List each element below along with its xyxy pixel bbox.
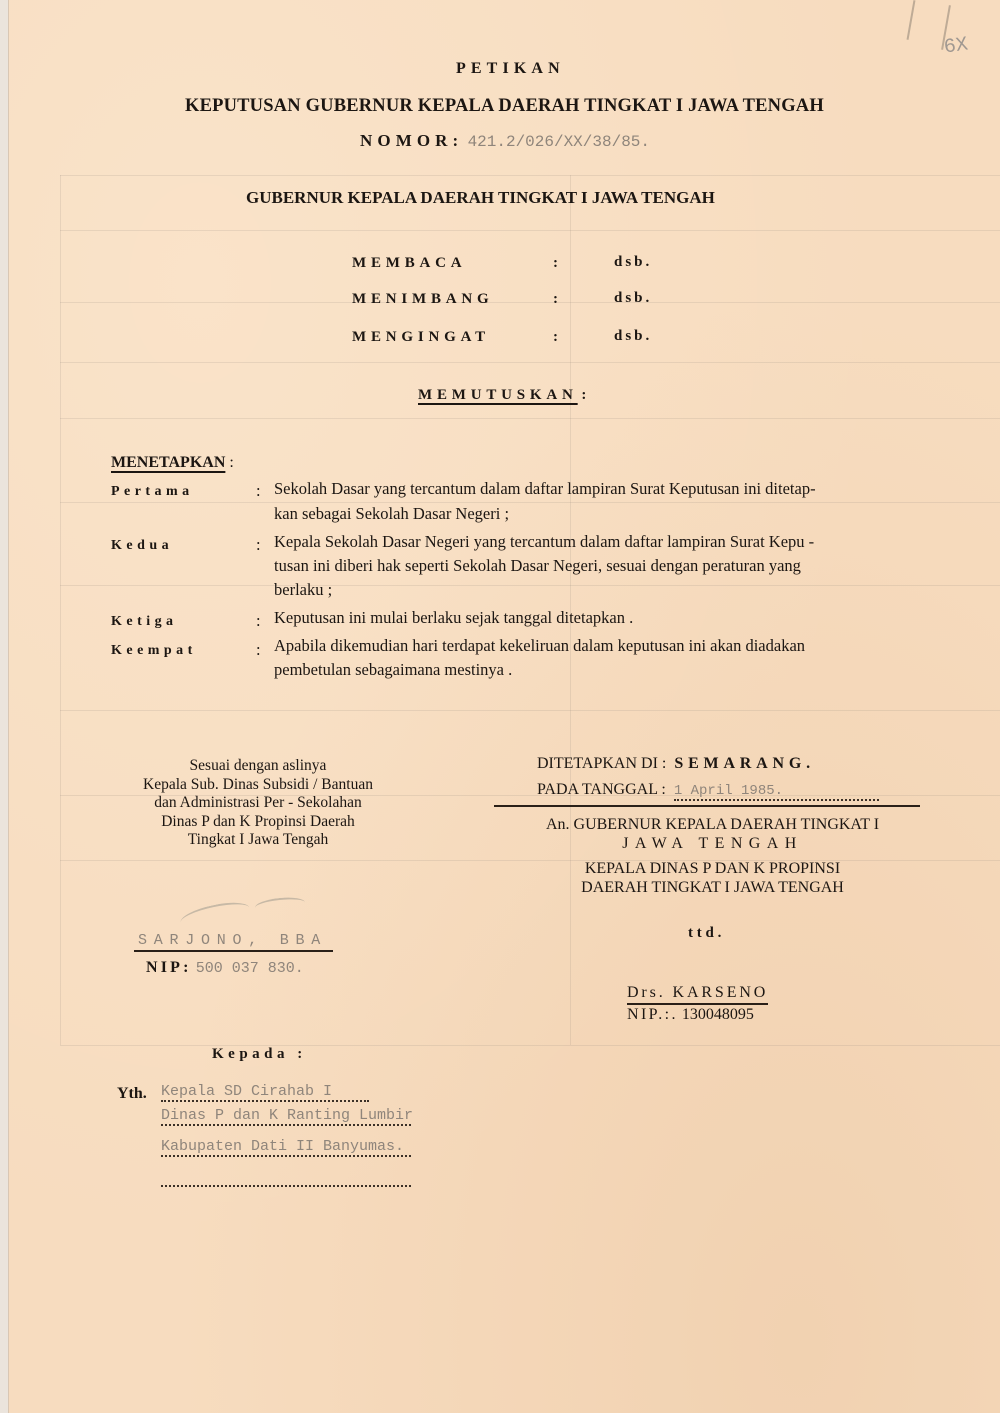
consideration-value: dsb. — [614, 328, 652, 345]
signer-title-name: Drs. KARSENO — [627, 984, 768, 1001]
enactment-divider — [494, 805, 920, 807]
show-through-line — [60, 175, 1000, 176]
pencil-mark — [907, 0, 916, 40]
show-through-line — [60, 230, 1000, 231]
consideration-label: MENGINGAT — [352, 329, 490, 346]
nip-value: 130048095 — [682, 1006, 754, 1023]
consideration-label: MENIMBANG — [352, 291, 494, 308]
memutuskan-label: MEMUTUSKAN — [418, 387, 578, 403]
nomor-label: NOMOR: — [360, 131, 463, 150]
item-sep: : — [256, 481, 261, 501]
enactment-signer-nip: NIP.:. 130048095 — [627, 1006, 754, 1024]
recipient-line — [161, 1168, 411, 1187]
cert-line: Dinas P dan K Propinsi Daerah — [108, 813, 408, 832]
item-sep: : — [256, 611, 261, 631]
item-text: berlaku ; — [274, 580, 332, 600]
show-through-line — [60, 710, 1000, 711]
memutuskan-colon: : — [581, 387, 586, 403]
show-through-line — [60, 175, 61, 1045]
consideration-label: MEMBACA — [352, 255, 466, 272]
item-text: tusan ini diberi hak seperti Sekolah Das… — [274, 556, 801, 576]
copy-certification: Sesuai dengan aslinya Kepala Sub. Dinas … — [108, 757, 408, 850]
document-page: 6X PETIKAN KEPUTUSAN GUBERNUR KEPALA DAE… — [0, 0, 1000, 1413]
consideration-value: dsb. — [614, 290, 652, 307]
consideration-sep: : — [553, 255, 558, 272]
decision-heading: MEMUTUSKAN : — [418, 387, 586, 404]
menetapkan-label: MENETAPKAN — [111, 454, 225, 471]
item-text: Sekolah Dasar yang tercantum dalam dafta… — [274, 479, 816, 499]
show-through-line — [60, 362, 1000, 363]
item-sep: : — [256, 535, 261, 555]
menetapkan-heading: MENETAPKAN : — [111, 454, 234, 472]
on-behalf-line: An. GUBERNUR KEPALA DAERAH TINGKAT I — [490, 815, 935, 834]
show-through-line — [60, 1045, 1000, 1046]
recipient-heading: Kepada : — [212, 1046, 307, 1063]
copy-signer-nip: NIP: 500 037 830. — [146, 959, 304, 977]
place-label: DITETAPKAN DI : — [537, 755, 666, 772]
corner-note: 6X — [943, 33, 970, 59]
document-title: PETIKAN — [456, 60, 565, 78]
signature-mark — [254, 895, 305, 914]
place-value: SEMARANG. — [674, 755, 815, 772]
item-label: Keempat — [111, 643, 197, 659]
page-edge — [0, 0, 9, 1413]
item-sep: : — [256, 640, 261, 660]
recipient-line: Kabupaten Dati II Banyumas. — [161, 1138, 411, 1157]
recipient-line: Dinas P dan K Ranting Lumbir — [161, 1107, 411, 1126]
nip-label: NIP: — [146, 959, 192, 976]
yth-label: Yth. — [117, 1085, 147, 1103]
copy-signer-name: SARJONO, BBA — [134, 932, 333, 952]
cert-line: Kepala Sub. Dinas Subsidi / Bantuan — [108, 776, 408, 795]
ttd-mark: ttd. — [688, 925, 725, 942]
enactment-signer-name: Drs. KARSENO — [627, 984, 768, 1005]
item-text: kan sebagai Sekolah Dasar Negeri ; — [274, 504, 509, 524]
office-line: DAERAH TINGKAT I JAWA TENGAH — [490, 878, 935, 897]
item-text: pembetulan sebagaimana mestinya . — [274, 660, 512, 680]
item-label: Pertama — [111, 484, 194, 500]
cert-line: Sesuai dengan aslinya — [108, 757, 408, 776]
item-text: Keputusan ini mulai berlaku sejak tangga… — [274, 608, 633, 628]
decree-number: NOMOR: 421.2/026/XX/38/85. — [360, 131, 650, 151]
nip-label: NIP.:. — [627, 1006, 678, 1023]
menetapkan-colon: : — [229, 454, 233, 471]
nomor-value: 421.2/026/XX/38/85. — [468, 133, 650, 151]
show-through-line — [60, 302, 1000, 303]
cert-line: dan Administrasi Per - Sekolahan — [108, 794, 408, 813]
signature-mark — [179, 898, 252, 932]
authority-heading: GUBERNUR KEPALA DAERAH TINGKAT I JAWA TE… — [246, 188, 715, 208]
date-value: 1 April 1985. — [674, 783, 879, 801]
enactment-block: An. GUBERNUR KEPALA DAERAH TINGKAT I JAW… — [490, 815, 935, 897]
show-through-line — [60, 418, 1000, 419]
consideration-sep: : — [553, 329, 558, 346]
date-label: PADA TANGGAL : — [537, 781, 666, 798]
enactment-date: PADA TANGGAL : 1 April 1985. — [537, 781, 879, 801]
item-label: Ketiga — [111, 614, 178, 630]
recipient-line: Kepala SD Cirahab I — [161, 1083, 369, 1102]
document-subtitle: KEPUTUSAN GUBERNUR KEPALA DAERAH TINGKAT… — [185, 96, 824, 117]
enactment-place: DITETAPKAN DI : SEMARANG. — [537, 755, 815, 773]
nip-value: 500 037 830. — [196, 960, 304, 977]
show-through-line — [60, 502, 1000, 503]
on-behalf-line: JAWA TENGAH — [490, 834, 935, 853]
item-label: Kedua — [111, 538, 173, 554]
consideration-sep: : — [553, 291, 558, 308]
office-line: KEPALA DINAS P DAN K PROPINSI — [490, 859, 935, 878]
item-text: Apabila dikemudian hari terdapat kekelir… — [274, 636, 805, 656]
consideration-value: dsb. — [614, 254, 652, 271]
cert-line: Tingkat I Jawa Tengah — [108, 831, 408, 850]
show-through-line — [60, 585, 1000, 586]
item-text: Kepala Sekolah Dasar Negeri yang tercant… — [274, 532, 814, 552]
